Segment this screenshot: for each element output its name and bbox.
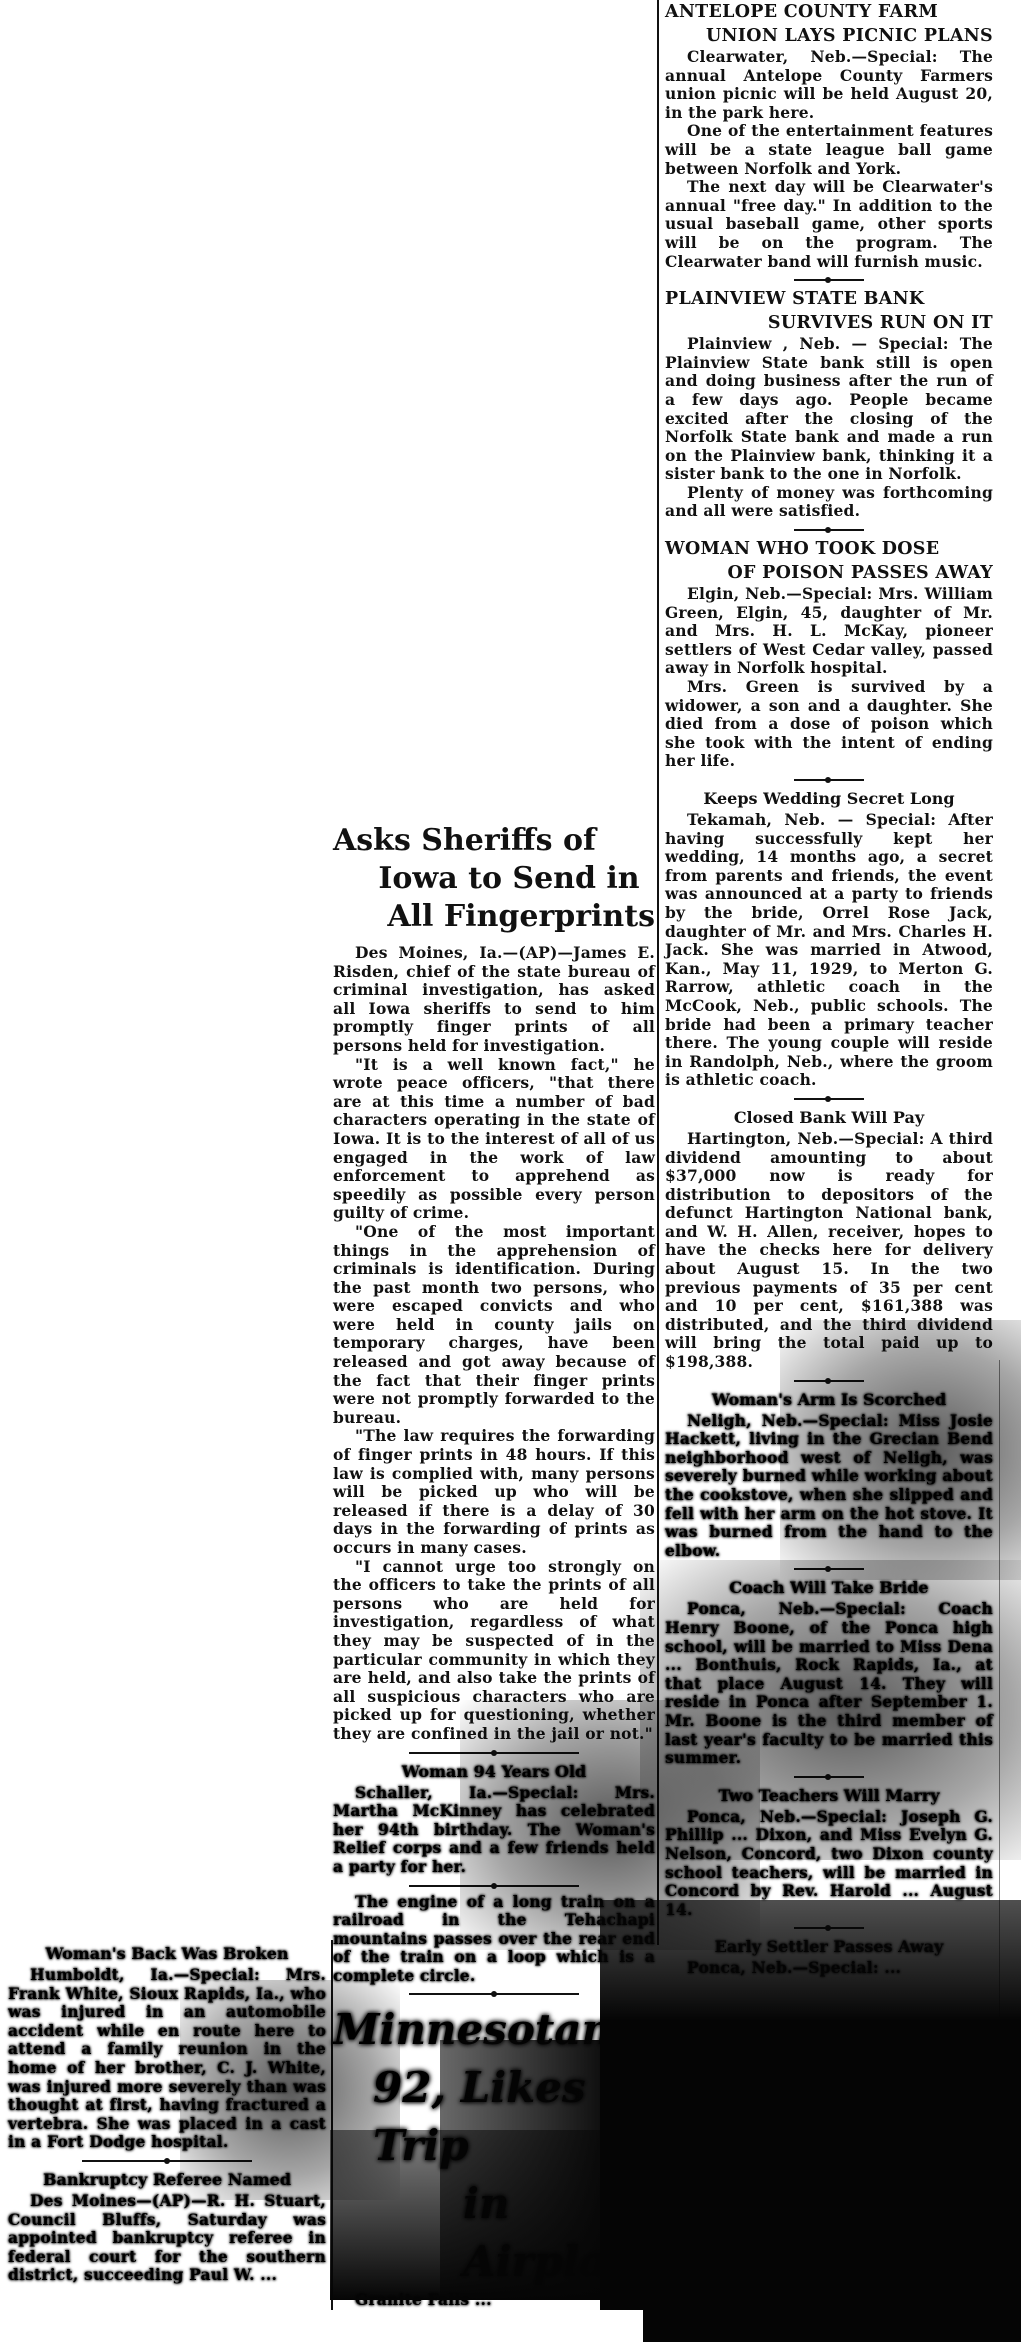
headline: Woman 94 Years Old <box>333 1760 655 1784</box>
paragraph: Humboldt, Ia.—Special: Mrs. Frank White,… <box>8 1966 326 2152</box>
headline-line-2: OF POISON PASSES AWAY <box>665 561 993 585</box>
paragraph: "The law requires the forwarding of fing… <box>333 1427 655 1557</box>
headline: Woman's Back Was Broken <box>8 1942 326 1966</box>
paragraph: Neligh, Neb.—Special: Miss Josie Hackett… <box>665 1412 993 1561</box>
blank-area-top-left <box>0 0 330 1920</box>
article-separator <box>409 1993 579 1995</box>
paragraph: One of the entertainment features will b… <box>665 122 993 178</box>
blank-area-mid-top <box>333 0 655 815</box>
paragraph: Tekamah, Neb. — Special: After having su… <box>665 811 993 1090</box>
article-separator <box>409 1752 579 1754</box>
newspaper-page: ANTELOPE COUNTY FARM UNION LAYS PICNIC P… <box>0 0 1021 2342</box>
headline: Coach Will Take Bride <box>665 1576 993 1600</box>
scan-dark-region <box>330 2130 630 2300</box>
article-closed-bank: Closed Bank Will Pay Hartington, Neb.—Sp… <box>665 1106 993 1372</box>
headline: PLAINVIEW STATE BANK SURVIVES RUN ON IT <box>665 287 993 335</box>
article-separator <box>794 779 864 781</box>
headline: Asks Sheriffs of Iowa to Send in All Fin… <box>333 822 655 936</box>
headline: Bankruptcy Referee Named <box>8 2168 326 2192</box>
article-woman-94: Woman 94 Years Old Schaller, Ia.—Special… <box>333 1760 655 1877</box>
article-wedding-secret: Keeps Wedding Secret Long Tekamah, Neb. … <box>665 787 993 1090</box>
headline-line-3: All Fingerprints <box>333 898 655 936</box>
paragraph: Mrs. Green is survived by a widower, a s… <box>665 678 993 771</box>
headline-line-1: WOMAN WHO TOOK DOSE <box>665 537 993 561</box>
article-separator <box>794 1568 864 1570</box>
paragraph: Hartington, Neb.—Special: A third divide… <box>665 1130 993 1372</box>
headline-line-2: UNION LAYS PICNIC PLANS <box>665 24 993 48</box>
headline-line-2: SURVIVES RUN ON IT <box>665 311 993 335</box>
article-fingerprints: Asks Sheriffs of Iowa to Send in All Fin… <box>333 822 655 1744</box>
headline: Keeps Wedding Secret Long <box>665 787 993 811</box>
article-separator <box>794 279 864 281</box>
headline-line-1: PLAINVIEW STATE BANK <box>665 287 993 311</box>
right-column: ANTELOPE COUNTY FARM UNION LAYS PICNIC P… <box>665 0 993 1978</box>
article-separator <box>794 1098 864 1100</box>
paragraph: Plenty of money was forthcoming and all … <box>665 484 993 521</box>
paragraph: "One of the most important things in the… <box>333 1223 655 1428</box>
left-column: Woman's Back Was Broken Humboldt, Ia.—Sp… <box>8 1942 326 2285</box>
paragraph: Ponca, Neb.—Special: Coach Henry Boone, … <box>665 1600 993 1767</box>
blank-area-bottom <box>0 2310 643 2342</box>
headline: WOMAN WHO TOOK DOSE OF POISON PASSES AWA… <box>665 537 993 585</box>
paragraph: Schaller, Ia.—Special: Mrs. Martha McKin… <box>333 1784 655 1877</box>
headline: ANTELOPE COUNTY FARM UNION LAYS PICNIC P… <box>665 0 993 48</box>
article-separator <box>794 1776 864 1778</box>
article-separator <box>409 1885 579 1887</box>
headline-line-1: ANTELOPE COUNTY FARM <box>665 0 993 24</box>
scan-dark-region <box>600 1900 1021 2342</box>
column-rule-right <box>657 0 659 1945</box>
article-coach-bride: Coach Will Take Bride Ponca, Neb.—Specia… <box>665 1576 993 1767</box>
paragraph: Clearwater, Neb.—Special: The annual Ant… <box>665 48 993 122</box>
paragraph: Des Moines—(AP)—R. H. Stuart, Council Bl… <box>8 2192 326 2285</box>
headline-line-2: Iowa to Send in <box>333 860 655 898</box>
article-arm-scorched: Woman's Arm Is Scorched Neligh, Neb.—Spe… <box>665 1388 993 1561</box>
article-separator <box>794 1380 864 1382</box>
article-two-teachers: Two Teachers Will Marry Ponca, Neb.—Spec… <box>665 1784 993 1920</box>
headline: Two Teachers Will Marry <box>665 1784 993 1808</box>
paragraph: Elgin, Neb.—Special: Mrs. William Green,… <box>665 585 993 678</box>
article-separator <box>82 2160 252 2162</box>
paragraph: "I cannot urge too strongly on the offic… <box>333 1558 655 1744</box>
article-poison: WOMAN WHO TOOK DOSE OF POISON PASSES AWA… <box>665 537 993 771</box>
paragraph: Des Moines, Ia.—(AP)—James E. Risden, ch… <box>333 944 655 1056</box>
paragraph: Plainview , Neb. — Special: The Plainvie… <box>665 335 993 484</box>
article-plainview-bank: PLAINVIEW STATE BANK SURVIVES RUN ON IT … <box>665 287 993 521</box>
paragraph: The next day will be Clearwater's annual… <box>665 178 993 271</box>
article-back-broken: Woman's Back Was Broken Humboldt, Ia.—Sp… <box>8 1942 326 2152</box>
article-separator <box>794 529 864 531</box>
paragraph: "It is a well known fact," he wrote peac… <box>333 1056 655 1223</box>
article-bankruptcy: Bankruptcy Referee Named Des Moines—(AP)… <box>8 2168 326 2285</box>
headline: Closed Bank Will Pay <box>665 1106 993 1130</box>
headline-line-1: Asks Sheriffs of <box>333 822 655 860</box>
headline: Woman's Arm Is Scorched <box>665 1388 993 1412</box>
article-antelope-picnic: ANTELOPE COUNTY FARM UNION LAYS PICNIC P… <box>665 0 993 271</box>
